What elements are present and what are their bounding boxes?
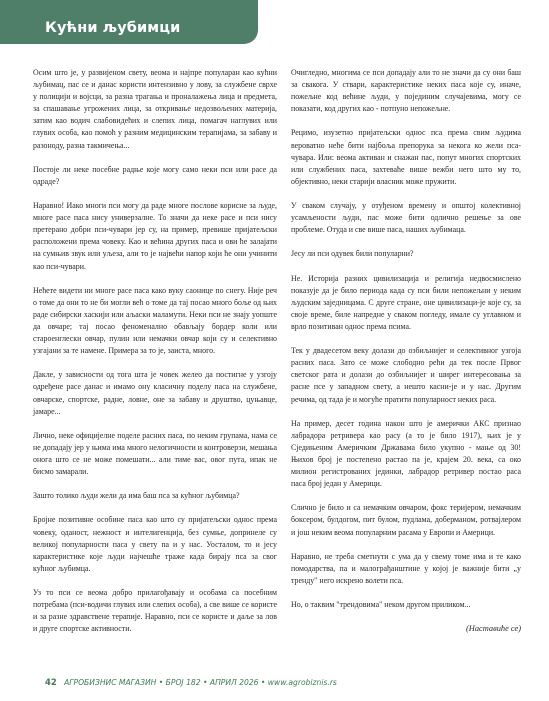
- paragraph: Бројне позитивне особине паса као што су…: [33, 514, 277, 574]
- paragraph: Рецимо, изузетно пријатељски однос пса п…: [291, 127, 521, 187]
- paragraph: Нећете видети ни многе расе паса како ву…: [33, 285, 277, 358]
- footer-publication-info: АГРОБИЗНИС МАГАЗИН • БРОЈ 182 • АПРИЛ 20…: [64, 678, 337, 687]
- paragraph: Не. Историја разних цивилизација и религ…: [291, 273, 521, 333]
- paragraph: Но, о таквим "трендовима" неком другом п…: [291, 599, 521, 611]
- paragraph: Очигледно, многима се пси допадају али т…: [291, 67, 521, 115]
- question-heading: Јесу ли пси одувек били популарни?: [291, 248, 521, 260]
- article-left-column: Осим што је, у развијеном свету, веома и…: [33, 67, 277, 648]
- paragraph: У сваком случају, у отуђеном времену и о…: [291, 200, 521, 236]
- question-heading: Постоје ли неке посебне радње које могу …: [33, 164, 277, 188]
- paragraph: Слично је било и са немачким овчаром, фо…: [291, 502, 521, 538]
- section-title: Кућни љубимци: [45, 20, 180, 36]
- page-number: 42: [45, 677, 57, 687]
- continuation-note: (Наставиће се): [291, 623, 521, 635]
- paragraph: Осим што је, у развијеном свету, веома и…: [33, 67, 277, 152]
- article-right-column: Очигледно, многима се пси допадају али т…: [291, 67, 521, 648]
- paragraph: Тек у двадесетом веку долази до озбиљниј…: [291, 345, 521, 405]
- paragraph: На пример, десет година након што је аме…: [291, 418, 521, 491]
- paragraph: Дакле, у зависности од тога шта је човек…: [33, 369, 277, 417]
- paragraph: Лично, неке официјелне поделе расних пас…: [33, 430, 277, 478]
- paragraph: Уз то пси се веома добро прилагођавају и…: [33, 587, 277, 635]
- paragraph: Наравно! Иако многи пси могу да раде мно…: [33, 200, 277, 273]
- paragraph: Наравно, не треба сметнути с ума да у св…: [291, 551, 521, 587]
- question-heading: Зашто толико људи жели да има баш пса за…: [33, 490, 277, 502]
- page-footer: 42 АГРОБИЗНИС МАГАЗИН • БРОЈ 182 • АПРИЛ…: [45, 677, 337, 687]
